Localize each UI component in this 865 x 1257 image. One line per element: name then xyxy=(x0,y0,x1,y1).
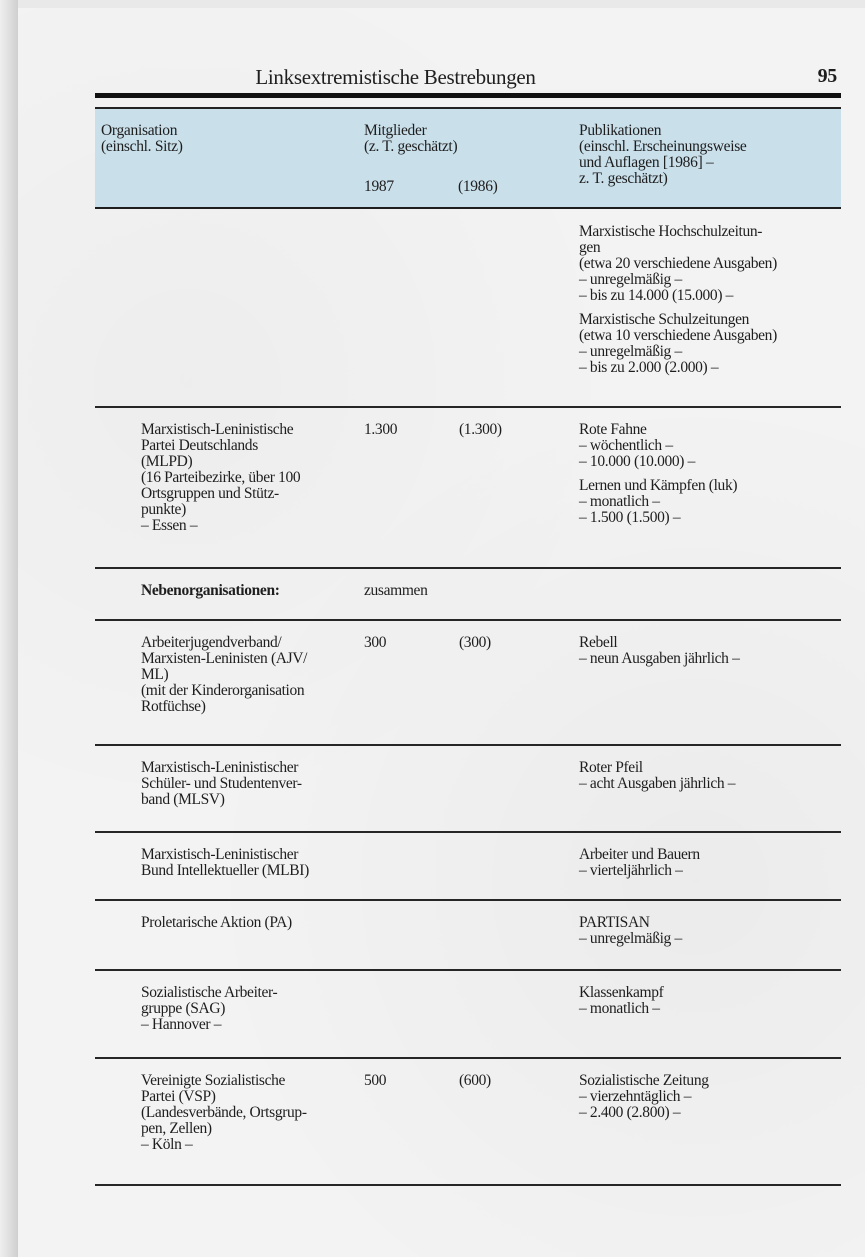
table-row: Marxistisch-Leninistischer Bund Intellek… xyxy=(95,831,841,901)
publication-entry: Lernen und Kämpfen (luk) – monatlich – –… xyxy=(579,478,849,526)
publication-entry: Marxistische Hochschulzeitun- gen (etwa … xyxy=(579,224,849,304)
column-header-organisation: Organisation (einschl. Sitz) xyxy=(101,123,183,155)
table-row: Vereinigte Sozialistische Partei (VSP) (… xyxy=(95,1057,841,1186)
page-number: 95 xyxy=(818,65,837,88)
cell-organisation: Vereinigte Sozialistische Partei (VSP) (… xyxy=(141,1073,366,1153)
publication-entry: Marxistische Schulzeitungen (etwa 10 ver… xyxy=(579,312,849,376)
cell-publications: Klassenkampf – monatlich – xyxy=(579,985,849,1025)
cell-publications: Marxistische Hochschulzeitun- gen (etwa … xyxy=(579,224,849,384)
column-header-publications: Publikationen (einschl. Erscheinungsweis… xyxy=(579,123,747,187)
cell-organisation: Marxistisch-Leninistischer Bund Intellek… xyxy=(141,847,366,879)
publication-entry: Arbeiter und Bauern – vierteljährlich – xyxy=(579,847,849,879)
table-row: Sozialistische Arbeiter- gruppe (SAG) – … xyxy=(95,969,841,1059)
cell-members-1987: 300 xyxy=(364,635,386,651)
table-row: Nebenorganisationen:zusammen xyxy=(95,567,841,621)
cell-publications: Roter Pfeil – acht Ausgaben jährlich – xyxy=(579,760,849,800)
document-page: Linksextremistische Bestrebungen 95 Orga… xyxy=(18,8,865,1257)
column-header-year-1986: (1986) xyxy=(458,179,498,195)
cell-members-1987: zusammen xyxy=(364,583,427,599)
column-header-year-1987: 1987 xyxy=(364,179,394,195)
cell-members-1986: (300) xyxy=(459,635,491,651)
table-row: Proletarische Aktion (PA)PARTISAN – unre… xyxy=(95,899,841,971)
cell-organisation: Arbeiterjugendverband/ Marxisten-Leninis… xyxy=(141,635,366,715)
cell-publications: PARTISAN – unregelmäßig – xyxy=(579,915,849,955)
running-title: Linksextremistische Bestrebungen xyxy=(0,65,819,90)
header-rule-thick xyxy=(95,93,841,98)
column-header-members: Mitglieder (z. T. geschätzt) xyxy=(364,123,457,155)
cell-members-1987: 1.300 xyxy=(364,422,397,438)
cell-organisation: Proletarische Aktion (PA) xyxy=(141,915,366,931)
cell-organisation: Marxistisch-Leninistischer Schüler- und … xyxy=(141,760,366,808)
table-row: Marxistische Hochschulzeitun- gen (etwa … xyxy=(95,208,841,408)
cell-organisation: Sozialistische Arbeiter- gruppe (SAG) – … xyxy=(141,985,366,1033)
table-row: Marxistisch-Leninistischer Schüler- und … xyxy=(95,744,841,833)
cell-members-1987: 500 xyxy=(364,1073,386,1089)
publication-entry: Rote Fahne – wöchentlich – – 10.000 (10.… xyxy=(579,422,849,470)
cell-publications: Rote Fahne – wöchentlich – – 10.000 (10.… xyxy=(579,422,849,534)
table-row: Marxistisch-Leninistische Partei Deutsch… xyxy=(95,406,841,569)
cell-members-1986: (1.300) xyxy=(459,422,502,438)
cell-organisation: Marxistisch-Leninistische Partei Deutsch… xyxy=(141,422,366,534)
publication-entry: PARTISAN – unregelmäßig – xyxy=(579,915,849,947)
cell-members-1986: (600) xyxy=(459,1073,491,1089)
table-row: Arbeiterjugendverband/ Marxisten-Leninis… xyxy=(95,619,841,746)
cell-organisation: Nebenorganisationen: xyxy=(141,583,366,599)
scan-left-edge xyxy=(0,0,18,1257)
table-header: Organisation (einschl. Sitz) Mitglieder … xyxy=(95,109,841,209)
cell-publications: Arbeiter und Bauern – vierteljährlich – xyxy=(579,847,849,887)
cell-publications: Sozialistische Zeitung – vierzehntäglich… xyxy=(579,1073,849,1129)
publication-entry: Rebell – neun Ausgaben jährlich – xyxy=(579,635,849,667)
cell-publications: Rebell – neun Ausgaben jährlich – xyxy=(579,635,849,675)
publication-entry: Roter Pfeil – acht Ausgaben jährlich – xyxy=(579,760,849,792)
scan-top-edge xyxy=(0,0,865,8)
publication-entry: Klassenkampf – monatlich – xyxy=(579,985,849,1017)
publication-entry: Sozialistische Zeitung – vierzehntäglich… xyxy=(579,1073,849,1121)
